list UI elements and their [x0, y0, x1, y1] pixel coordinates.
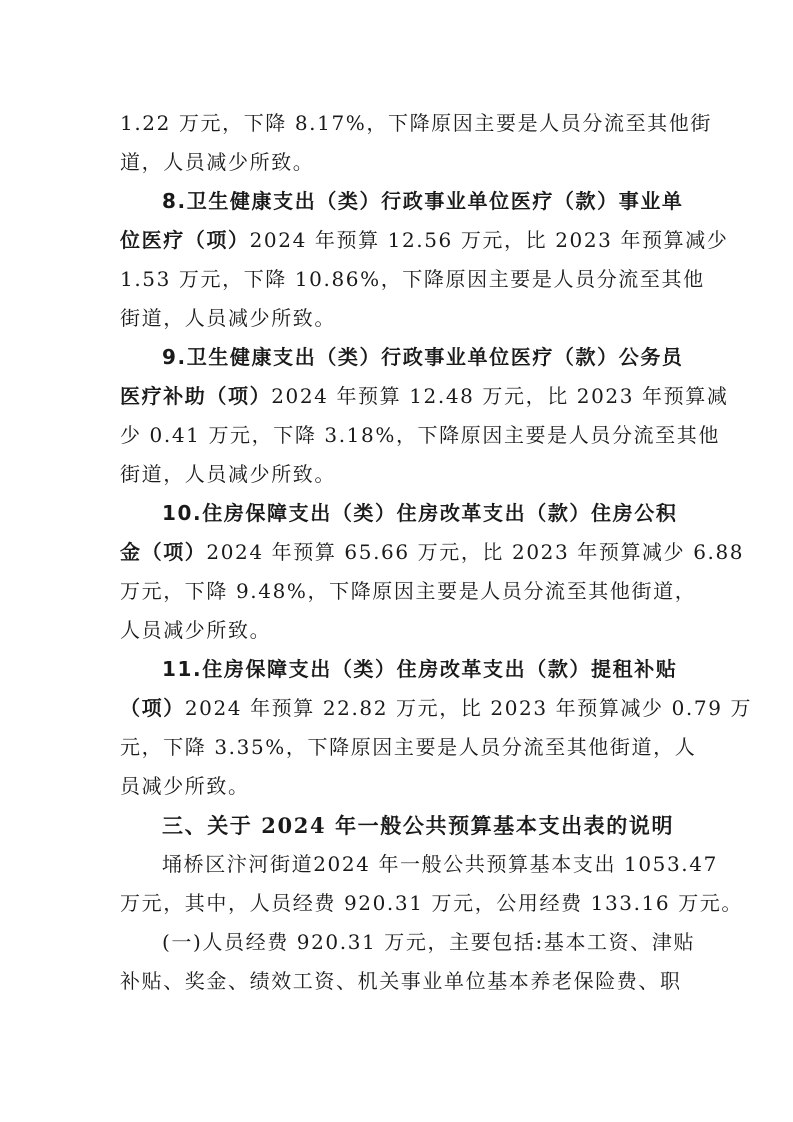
summary-line: 埇桥区汴河街道2024 年一般公共预算基本支出 1053.47 [120, 845, 676, 884]
summary-line: 万元，其中，人员经费 920.31 万元，公用经费 133.16 万元。 [120, 884, 676, 923]
item-title: 11.住房保障支出（类）住房改革支出（款）提租补贴 [162, 657, 677, 681]
item-heading-line: 8.卫生健康支出（类）行政事业单位医疗（款）事业单 [120, 182, 676, 221]
item-heading-line: 9.卫生健康支出（类）行政事业单位医疗（款）公务员 [120, 338, 676, 377]
item-heading-line: 11.住房保障支出（类）住房改革支出（款）提租补贴 [120, 650, 676, 689]
text-line: 万元，下降 9.48%，下降原因主要是人员分流至其他街道， [120, 572, 676, 611]
item-title: 9.卫生健康支出（类）行政事业单位医疗（款）公务员 [162, 345, 684, 369]
text-line: 元，下降 3.35%，下降原因主要是人员分流至其他街道，人 [120, 728, 676, 767]
text-line: 少 0.41 万元，下降 3.18%，下降原因主要是人员分流至其他 [120, 416, 676, 455]
item-title: （项） [120, 696, 185, 720]
item-heading-line: 10.住房保障支出（类）住房改革支出（款）住房公积 [120, 494, 676, 533]
item-text: 2024 年预算 12.56 万元，比 2023 年预算减少 [250, 228, 729, 252]
item-text: 2024 年预算 22.82 万元，比 2023 年预算减少 0.79 万 [185, 696, 752, 720]
text-line: 位医疗（项）2024 年预算 12.56 万元，比 2023 年预算减少 [120, 221, 676, 260]
item-title: 8.卫生健康支出（类）行政事业单位医疗（款）事业单 [162, 189, 684, 213]
item-title: 位医疗（项） [120, 228, 250, 252]
item-text: 2024 年预算 65.66 万元，比 2023 年预算减少 6.88 [206, 540, 744, 564]
section-heading: 三、关于 2024 年一般公共预算基本支出表的说明 [120, 806, 676, 845]
text-line: （项）2024 年预算 22.82 万元，比 2023 年预算减少 0.79 万 [120, 689, 676, 728]
document-page: 1.22 万元，下降 8.17%，下降原因主要是人员分流至其他街 道，人员减少所… [120, 104, 676, 1001]
text-line: 医疗补助（项）2024 年预算 12.48 万元，比 2023 年预算减 [120, 377, 676, 416]
text-line: 员减少所致。 [120, 767, 676, 806]
text-line: 金（项）2024 年预算 65.66 万元，比 2023 年预算减少 6.88 [120, 533, 676, 572]
item-title: 医疗补助（项） [120, 384, 271, 408]
text-line: 人员减少所致。 [120, 611, 676, 650]
text-line: 1.22 万元，下降 8.17%，下降原因主要是人员分流至其他街 [120, 104, 676, 143]
item-title: 金（项） [120, 540, 206, 564]
text-line: 道，人员减少所致。 [120, 143, 676, 182]
item-text: 2024 年预算 12.48 万元，比 2023 年预算减 [271, 384, 728, 408]
personnel-line: (一)人员经费 920.31 万元，主要包括:基本工资、津贴 [120, 923, 676, 962]
text-line: 街道，人员减少所致。 [120, 299, 676, 338]
personnel-line: 补贴、奖金、绩效工资、机关事业单位基本养老保险费、职 [120, 962, 676, 1001]
text-line: 街道，人员减少所致。 [120, 455, 676, 494]
text-line: 1.53 万元，下降 10.86%，下降原因主要是人员分流至其他 [120, 260, 676, 299]
item-title: 10.住房保障支出（类）住房改革支出（款）住房公积 [162, 501, 677, 525]
